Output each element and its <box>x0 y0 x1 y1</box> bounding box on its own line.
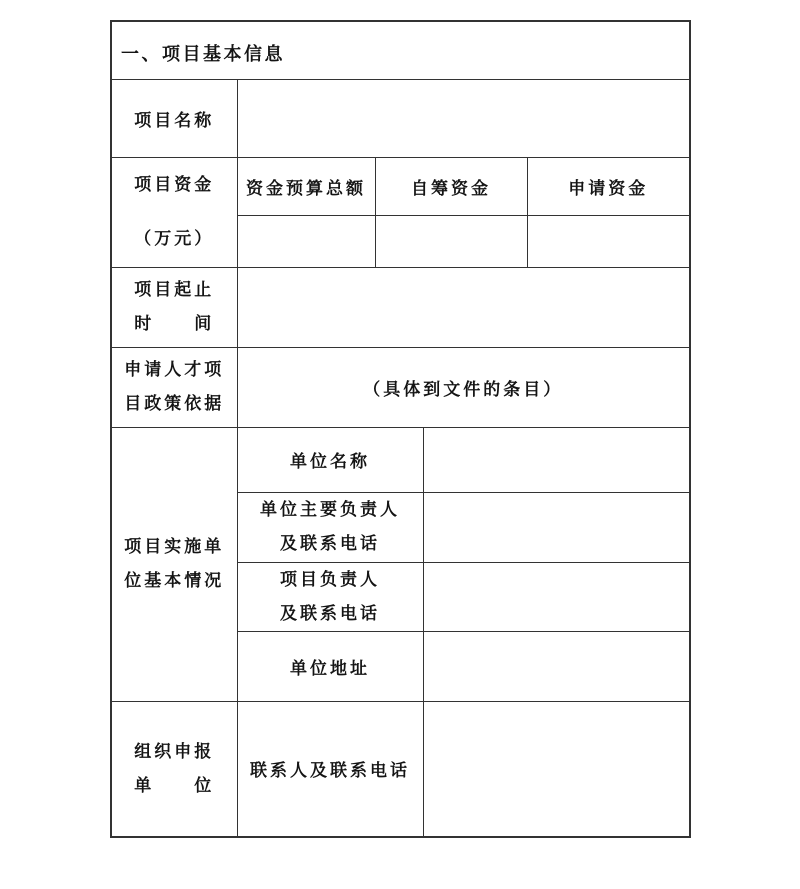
contact-person-phone-field[interactable] <box>423 701 690 837</box>
contact-person-phone-label: 联系人及联系电话 <box>237 701 423 837</box>
budget-total-field[interactable] <box>237 215 375 267</box>
section-title: 一、项目基本信息 <box>111 21 690 79</box>
applied-funds-header: 申请资金 <box>527 157 690 215</box>
unit-address-label: 单位地址 <box>237 631 423 701</box>
project-name-label: 项目名称 <box>111 79 237 157</box>
self-raised-field[interactable] <box>375 215 527 267</box>
project-period-field[interactable] <box>237 267 690 347</box>
project-basic-info-table: 一、项目基本信息 项目名称 项目资金 （万元） 资金预算总额 自筹资金 申请资金… <box>110 20 691 838</box>
unit-name-label: 单位名称 <box>237 427 423 492</box>
reporting-org-label: 组织申报 单 位 <box>111 701 237 837</box>
project-funds-label: 项目资金 （万元） <box>111 157 237 267</box>
project-leader-contact-field[interactable] <box>423 562 690 631</box>
implementing-unit-label: 项目实施单 位基本情况 <box>111 427 237 701</box>
policy-basis-field[interactable]: （具体到文件的条目） <box>237 347 690 427</box>
policy-basis-label: 申请人才项 目政策依据 <box>111 347 237 427</box>
project-name-field[interactable] <box>237 79 690 157</box>
project-leader-contact-label: 项目负责人 及联系电话 <box>237 562 423 631</box>
budget-total-header: 资金预算总额 <box>237 157 375 215</box>
unit-head-contact-field[interactable] <box>423 492 690 562</box>
unit-head-contact-label: 单位主要负责人 及联系电话 <box>237 492 423 562</box>
unit-name-field[interactable] <box>423 427 690 492</box>
applied-funds-field[interactable] <box>527 215 690 267</box>
unit-address-field[interactable] <box>423 631 690 701</box>
project-period-label: 项目起止 时 间 <box>111 267 237 347</box>
self-raised-header: 自筹资金 <box>375 157 527 215</box>
